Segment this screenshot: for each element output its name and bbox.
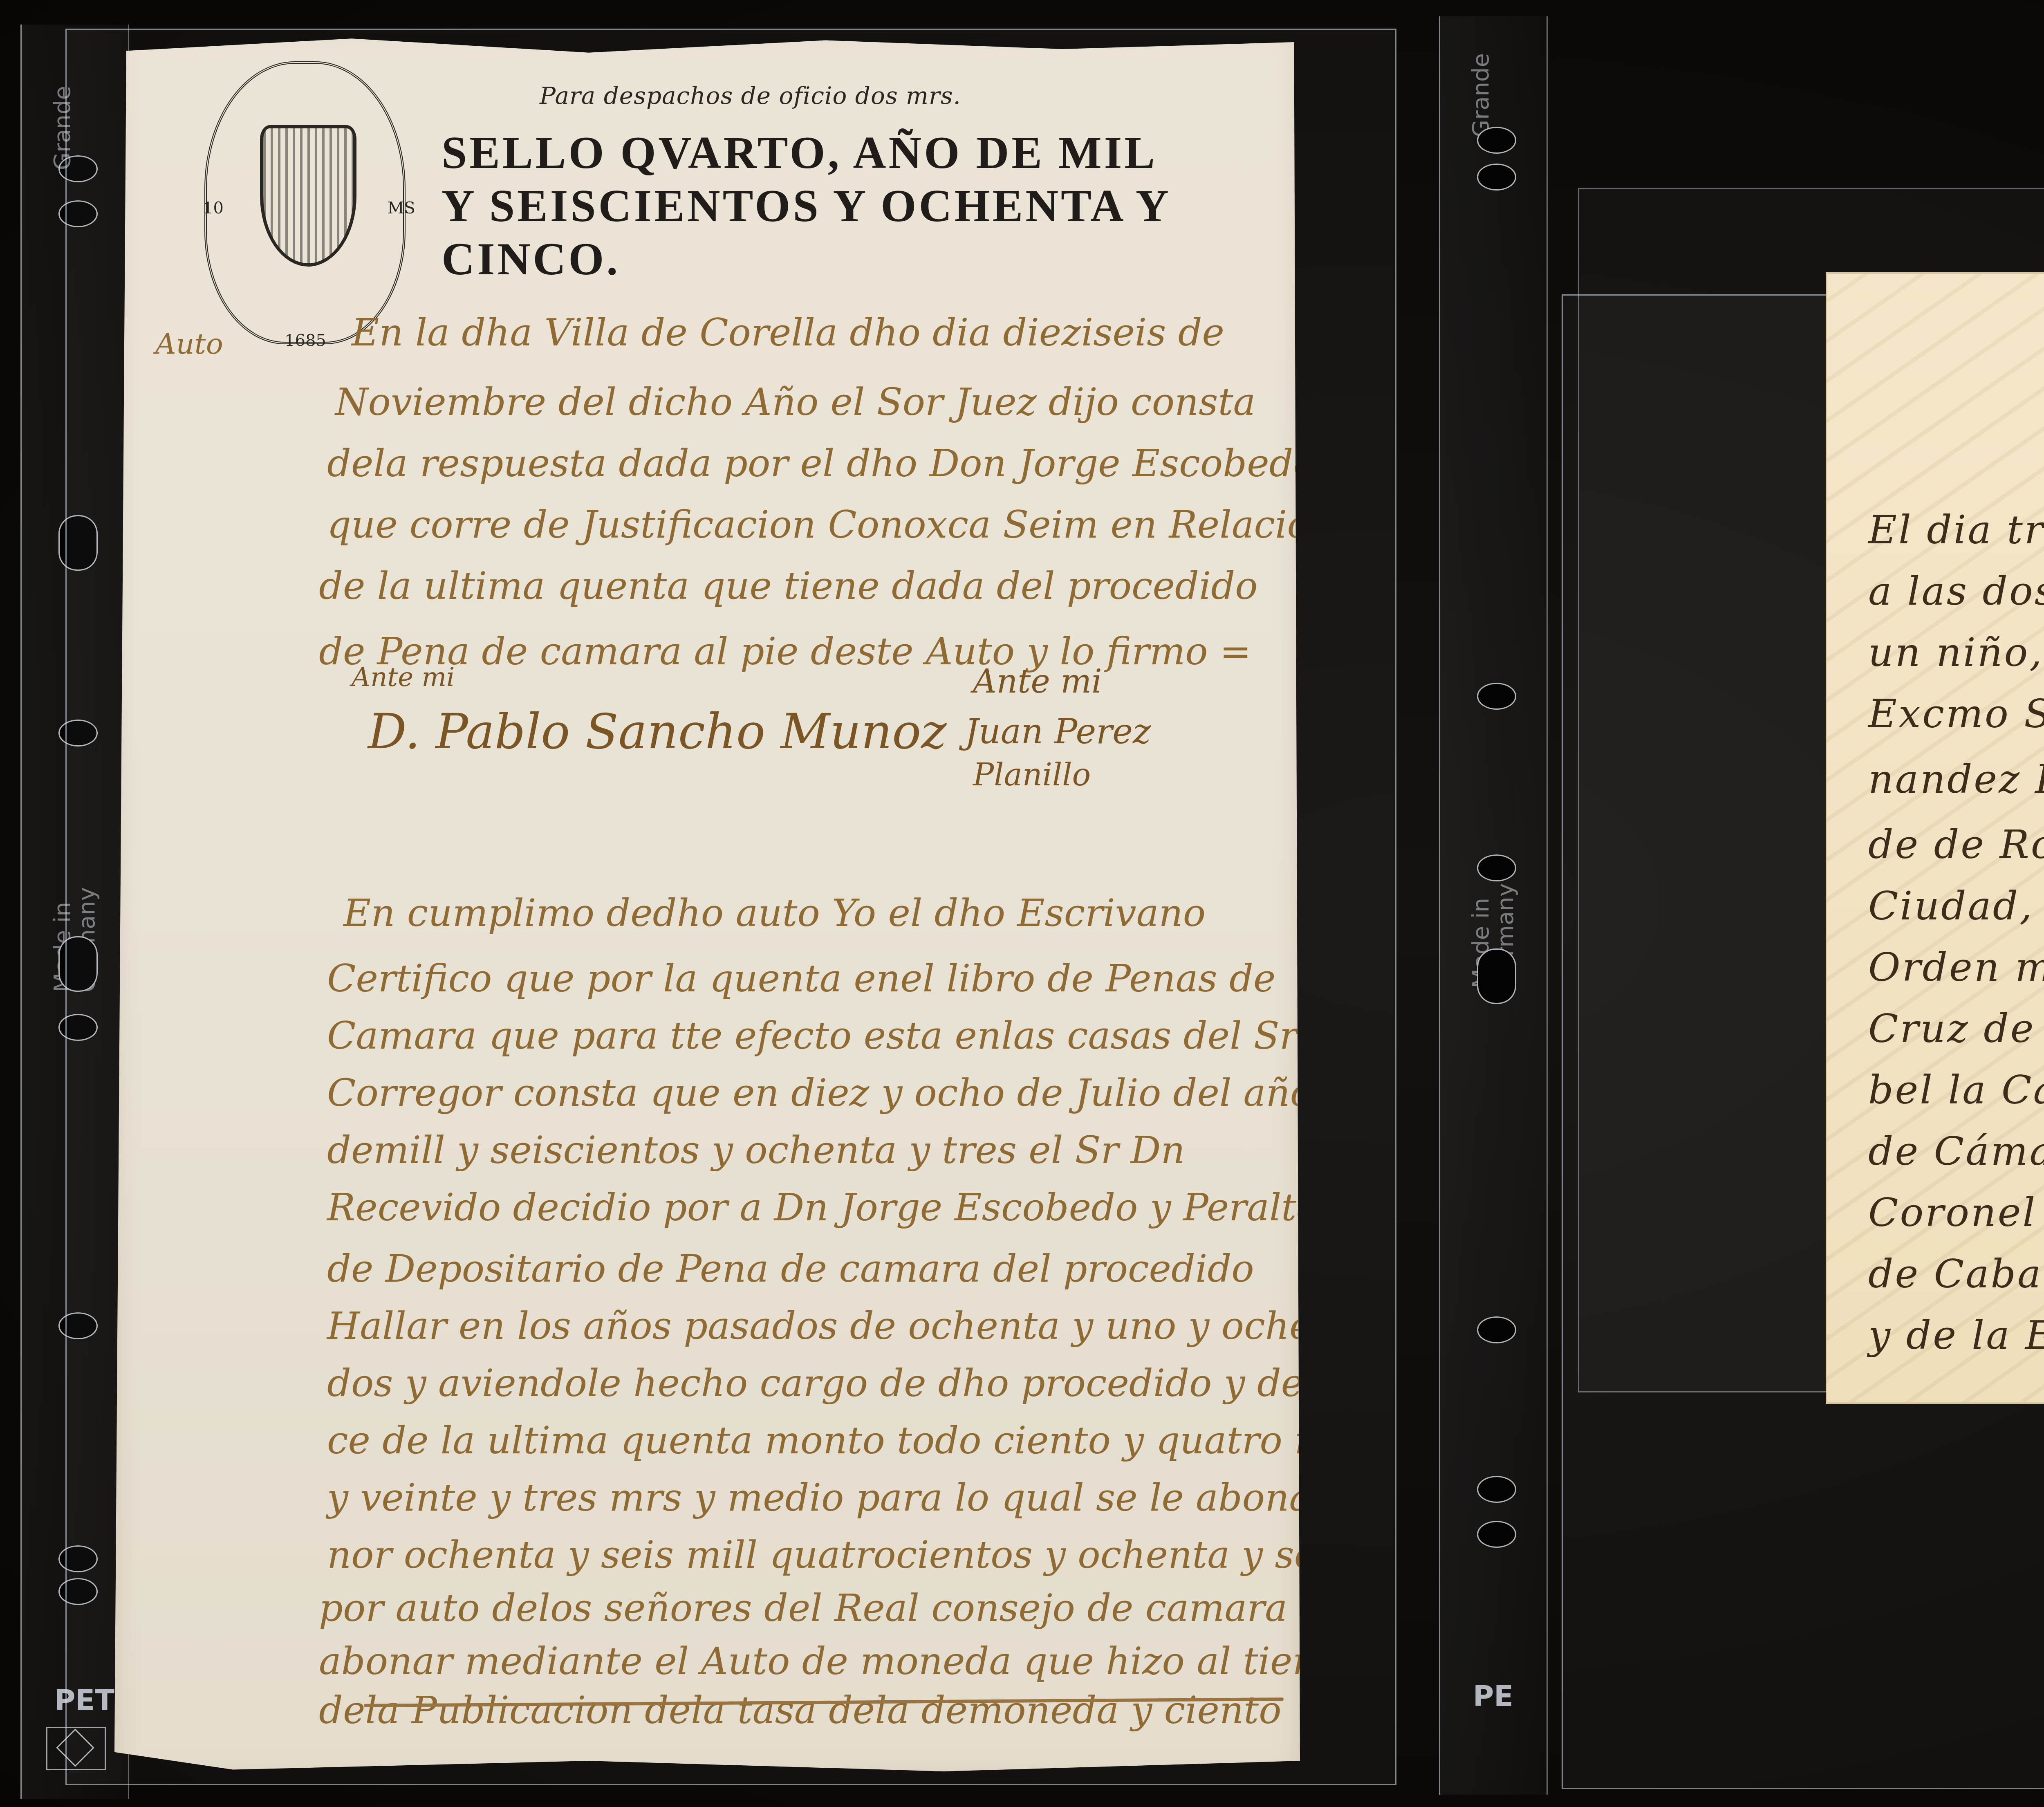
letter-line: nandez Romero y Cárdenas, Con xyxy=(1868,756,2044,802)
letter-line: a las dos de la tarde, nació xyxy=(1868,568,2044,614)
text-line: ce de la ultima quenta monto todo ciento… xyxy=(327,1419,1366,1462)
seal-value-right: MS xyxy=(388,199,415,217)
letter-line: y de la Excma Sra Doña Car xyxy=(1868,1312,2044,1358)
stamp-line-2: Y SEISCIENTOS Y OCHENTA Y xyxy=(442,180,1171,233)
letter-line: Ciudad, Caballero profeso del xyxy=(1868,883,2044,929)
letter-line: de Caballeria de la Habana, &. xyxy=(1868,1251,2044,1297)
text-line: En cumplimo dedho auto Yo el dho Escriva… xyxy=(343,891,1206,935)
text-line: Hallar en los años pasados de ochenta y … xyxy=(327,1304,1407,1348)
text-line: abonar mediante el Auto de moneda que hi… xyxy=(319,1639,1375,1683)
coat-of-arms-icon xyxy=(260,125,356,267)
text-line: Camara que para tte efecto esta enlas ca… xyxy=(327,1014,1298,1058)
text-line: dela respuesta dada por el dho Don Jorge… xyxy=(327,442,1415,485)
royal-seal-stamp: 10 MS 1685 xyxy=(204,61,406,344)
stamp-line-3: CINCO. xyxy=(442,233,620,286)
sealed-paper-document: 10 MS 1685 Para despachos de oficio dos … xyxy=(114,25,1300,1778)
letter-line: un niño, hijo legítimo del xyxy=(1868,630,2044,675)
birth-announcement-letter: CdeR El dia tres de Julio de 1822 a las … xyxy=(1827,274,2044,1402)
letter-line: Excmo Sor Don Francisco Fer- xyxy=(1868,691,2044,737)
punch-hole xyxy=(1477,854,1516,881)
text-line: por auto delos señores del Real consejo … xyxy=(319,1586,1386,1630)
letter-line: Coronel del Regimiento Milicias xyxy=(1868,1190,2044,1235)
signature-right-title: Ante mi xyxy=(973,662,1102,700)
signature-right-label: Ante mi xyxy=(352,662,455,693)
text-line: nor ochenta y seis mill quatrocientos y … xyxy=(327,1533,1432,1577)
signature-right-sub: Planillo xyxy=(973,756,1091,793)
text-line: de Depositario de Pena de camara del pro… xyxy=(327,1247,1254,1291)
text-line: de Pena de camara al pie deste Auto y lo… xyxy=(319,630,1251,673)
letter-line: Orden militar de Santiago, Gran xyxy=(1868,944,2044,990)
letter-line: El dia tres de Julio de 1822 xyxy=(1868,507,2044,553)
letter-line: de Cámara de S.M. con Ejercicio xyxy=(1868,1128,2044,1174)
punch-hole xyxy=(1477,164,1516,191)
punch-hole xyxy=(1477,127,1516,154)
text-line: dos y aviendole hecho cargo de dho proce… xyxy=(327,1361,1434,1405)
binder-strip-middle: Grande Made in Germany PE xyxy=(1439,16,1548,1795)
letter-line: Cruz de la Americana de Isa- xyxy=(1868,1006,2044,1051)
punch-hole xyxy=(1477,683,1516,710)
text-line: Noviembre del dicho Año el Sor Juez dijo… xyxy=(335,380,1255,424)
pete-brand-label: PE xyxy=(1473,1679,1513,1713)
text-line: Recevido decidio por a Dn Jorge Escobedo… xyxy=(327,1186,1319,1229)
text-line: demill y seiscientos y ochenta y tres el… xyxy=(327,1128,1185,1172)
seal-value-left: 10 xyxy=(203,199,224,217)
punch-hole xyxy=(1477,1316,1516,1343)
text-line: En la dha Villa de Corella dho dia diezi… xyxy=(352,311,1224,354)
signature-left: D. Pablo Sancho Munoz xyxy=(368,703,947,760)
stamp-line-1: SELLO QVARTO, AÑO DE MIL xyxy=(442,127,1157,179)
text-line: de la ultima quenta que tiene dada del p… xyxy=(319,564,1258,608)
margin-note: Auto xyxy=(155,327,223,361)
punch-slot xyxy=(1477,948,1516,1004)
text-line: dela Publicacion dela tasa dela demoneda… xyxy=(319,1688,1282,1732)
punch-hole xyxy=(1477,1476,1516,1503)
text-line: Certifico que por la quenta enel libro d… xyxy=(327,957,1275,1000)
seal-year: 1685 xyxy=(285,331,326,350)
text-line: que corre de Justificacion Conoxca Seim … xyxy=(327,503,1334,547)
signature-right: Juan Perez xyxy=(965,711,1151,751)
sleeve-brand-label: Grande xyxy=(1469,53,1493,137)
stamp-header: Para despachos de oficio dos mrs. xyxy=(540,82,961,110)
text-line: Corregor consta que en diez y ocho de Ju… xyxy=(327,1071,1459,1115)
punch-hole xyxy=(1477,1521,1516,1548)
text-line: y veinte y tres mrs y medio para lo qual… xyxy=(327,1476,1376,1520)
letter-line: de de Romero, natural de esta xyxy=(1868,822,2044,868)
letter-line: bel la Católica, Gentil hombre xyxy=(1868,1067,2044,1113)
